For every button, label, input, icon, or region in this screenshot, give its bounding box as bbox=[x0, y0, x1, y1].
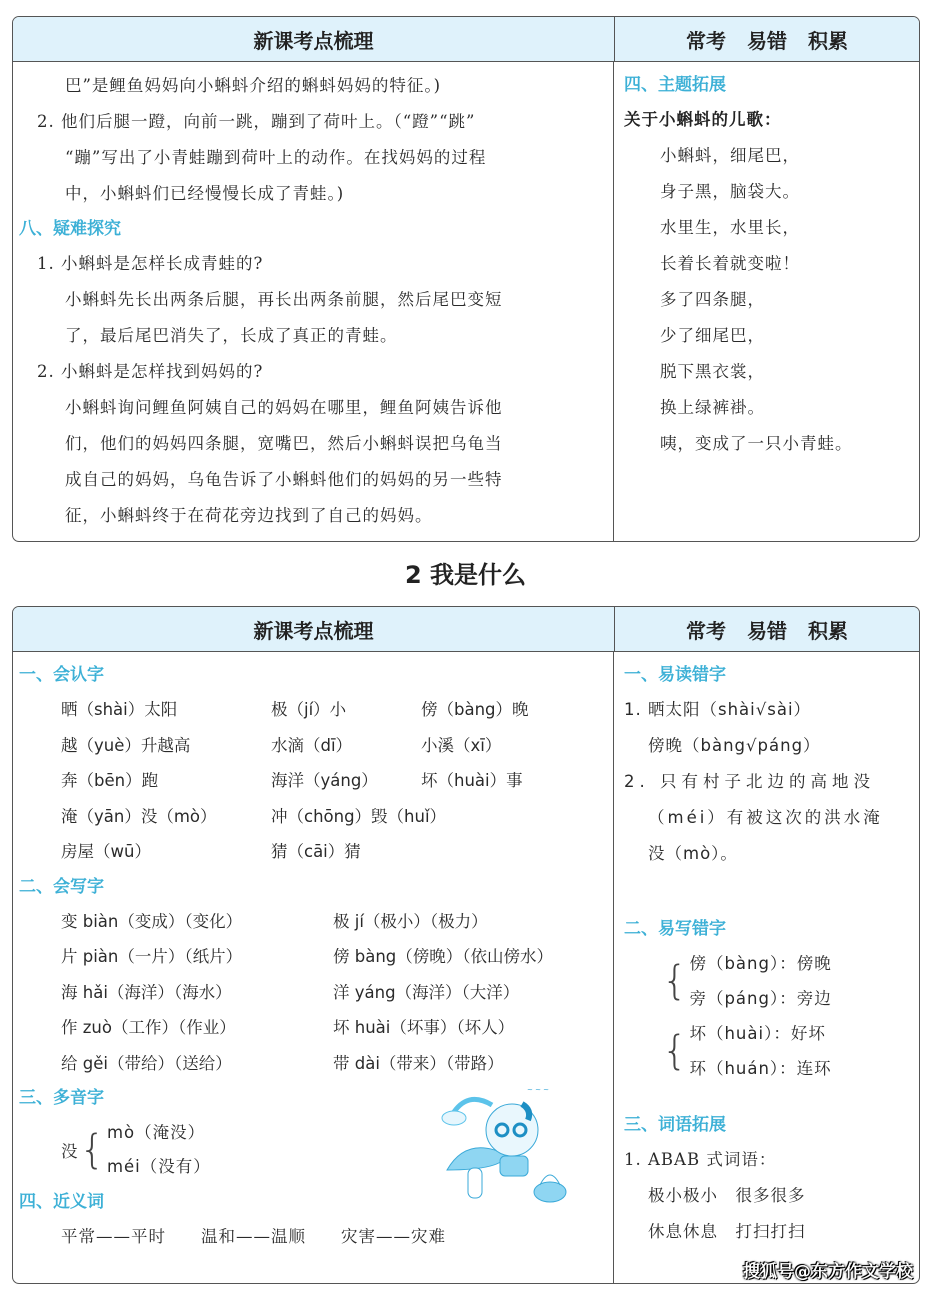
text-line: 中，小蝌蚪们已经慢慢长成了青蛙。) bbox=[19, 176, 603, 212]
section-title: 四、主题拓展 bbox=[624, 68, 911, 102]
char-item bbox=[421, 799, 591, 835]
reading: mò（淹没） bbox=[107, 1116, 211, 1150]
text-line: 旁（páng）：旁边 bbox=[689, 981, 831, 1016]
recognize-chars-grid: 晒（shài）太阳 极（jí）小 傍（bàng）晚 越（yuè）升越高 水滴（d… bbox=[19, 692, 603, 870]
brace-icon: { bbox=[662, 1021, 687, 1081]
answer-line: 征，小蝌蚪终于在荷花旁边找到了自己的妈妈。 bbox=[19, 498, 603, 534]
char-item: 傍（bàng）晚 bbox=[421, 692, 591, 728]
text-line: 巴”是鲤鱼妈妈向小蝌蚪介绍的蝌蚪妈妈的特征。) bbox=[19, 68, 603, 104]
char-item: 奔（bēn）跑 bbox=[61, 763, 271, 799]
song-line: 长着长着就变啦！ bbox=[624, 246, 911, 282]
synonyms-line: 平常——平时 温和——温顺 灾害——灾难 bbox=[19, 1219, 603, 1255]
char-item: 水滴（dī） bbox=[271, 728, 421, 764]
char-item bbox=[421, 834, 591, 870]
char-item: 片 piàn（一片）（纸片） bbox=[61, 939, 333, 975]
answer-line: 小蝌蚪询问鲤鱼阿姨自己的妈妈在哪里，鲤鱼阿姨告诉他 bbox=[19, 390, 603, 426]
answer-line: 成自己的妈妈，乌龟告诉了小蝌蚪他们的妈妈的另一些特 bbox=[19, 462, 603, 498]
char-item: 晒（shài）太阳 bbox=[61, 692, 271, 728]
bottom-right-column: 一、易读错字 1. 晒太阳（shài√sài） 傍晚（bàng√páng） 2.… bbox=[614, 652, 919, 1284]
char-item: 房屋（wū） bbox=[61, 834, 271, 870]
text-line: 坏（huài）：好坏 bbox=[689, 1016, 831, 1051]
section-title: 三、词语拓展 bbox=[624, 1108, 911, 1142]
brace-icon: { bbox=[80, 1120, 105, 1180]
confusable-group: { 傍（bàng）：傍晚 旁（páng）：旁边 bbox=[624, 946, 911, 1016]
header-left: 新课考点梳理 bbox=[13, 17, 615, 61]
text-line: 没（mò）。 bbox=[624, 836, 911, 872]
text-line: 休息休息 打扫打扫 bbox=[624, 1214, 911, 1250]
char-item: 淹（yān）没（mò） bbox=[61, 799, 271, 835]
table-header: 新课考点梳理 常考 易错 积累 bbox=[13, 607, 919, 652]
char-item: 坏（huài）事 bbox=[421, 763, 591, 799]
write-chars-grid: 变 biàn（变成）（变化） 极 jí（极小）（极力） 片 piàn（一片）（纸… bbox=[19, 904, 603, 1082]
char-item: 越（yuè）升越高 bbox=[61, 728, 271, 764]
answer-line: 了，最后尾巴消失了，长成了真正的青蛙。 bbox=[19, 318, 603, 354]
text-line: 1. ABAB 式词语： bbox=[624, 1142, 911, 1178]
song-line: 身子黑，脑袋大。 bbox=[624, 174, 911, 210]
text-line: 傍（bàng）：傍晚 bbox=[689, 946, 831, 981]
header-left: 新课考点梳理 bbox=[13, 607, 615, 651]
song-line: 脱下黑衣裳， bbox=[624, 354, 911, 390]
text-line: “蹦”写出了小青蛙蹦到荷叶上的动作。在找妈妈的过程 bbox=[19, 140, 603, 176]
text-line: 2. 他们后腿一蹬，向前一跳，蹦到了荷叶上。（“蹬”“跳” bbox=[19, 104, 603, 140]
text-line: 极小极小 很多很多 bbox=[624, 1178, 911, 1214]
reading: méi（没有） bbox=[107, 1150, 211, 1184]
top-left-column: 巴”是鲤鱼妈妈向小蝌蚪介绍的蝌蚪妈妈的特征。) 2. 他们后腿一蹬，向前一跳，蹦… bbox=[13, 62, 614, 542]
char-item: 极 jí（极小）（极力） bbox=[333, 904, 613, 940]
text-line: （méi）有被这次的洪水淹 bbox=[624, 800, 911, 836]
question: 2. 小蝌蚪是怎样找到妈妈的? bbox=[19, 354, 603, 390]
text-line: 傍晚（bàng√páng） bbox=[624, 728, 911, 764]
char-item: 坏 huài（坏事）（坏人） bbox=[333, 1010, 613, 1046]
char-item: 海洋（yáng） bbox=[271, 763, 421, 799]
section-title: 二、会写字 bbox=[19, 870, 603, 904]
table-header: 新课考点梳理 常考 易错 积累 bbox=[13, 17, 919, 62]
answer-line: 们，他们的妈妈四条腿，宽嘴巴，然后小蝌蚪误把乌龟当 bbox=[19, 426, 603, 462]
char-item: 冲（chōng）毁（huǐ） bbox=[271, 799, 421, 835]
section-title: 一、易读错字 bbox=[624, 658, 911, 692]
top-right-column: 四、主题拓展 关于小蝌蚪的儿歌： 小蝌蚪，细尾巴， 身子黑，脑袋大。 水里生，水… bbox=[614, 62, 919, 542]
text-line: 环（huán）：连环 bbox=[689, 1051, 831, 1086]
char-item: 小溪（xī） bbox=[421, 728, 591, 764]
section-title: 八、疑难探究 bbox=[19, 212, 603, 246]
char-item: 洋 yáng（海洋）（大洋） bbox=[333, 975, 613, 1011]
char-item: 带 dài（带来）（带路） bbox=[333, 1046, 613, 1082]
char-item: 变 biàn（变成）（变化） bbox=[61, 904, 333, 940]
song-title: 关于小蝌蚪的儿歌： bbox=[624, 102, 911, 138]
section-title: 二、易写错字 bbox=[624, 912, 911, 946]
char-item: 作 zuò（工作）（作业） bbox=[61, 1010, 333, 1046]
song-line: 小蝌蚪，细尾巴， bbox=[624, 138, 911, 174]
text-line: 1. 晒太阳（shài√sài） bbox=[624, 692, 911, 728]
text-line: 2. 只有村子北边的高地没 bbox=[624, 764, 911, 800]
song-line: 多了四条腿， bbox=[624, 282, 911, 318]
char-item: 给 gěi（带给）（送给） bbox=[61, 1046, 333, 1082]
lesson-title: 2 我是什么 bbox=[0, 555, 931, 590]
polyphone-char: 没 bbox=[61, 1138, 78, 1162]
char-item: 海 hǎi（海洋）（海水） bbox=[61, 975, 333, 1011]
char-item: 猜（cāi）猜 bbox=[271, 834, 421, 870]
header-right: 常考 易错 积累 bbox=[615, 607, 919, 651]
header-right: 常考 易错 积累 bbox=[615, 17, 919, 61]
question: 1. 小蝌蚪是怎样长成青蛙的? bbox=[19, 246, 603, 282]
section-title: 一、会认字 bbox=[19, 658, 603, 692]
char-item: 极（jí）小 bbox=[271, 692, 421, 728]
brace-icon: { bbox=[662, 951, 687, 1011]
song-line: 换上绿裤褂。 bbox=[624, 390, 911, 426]
song-line: 咦，变成了一只小青蛙。 bbox=[624, 426, 911, 462]
answer-line: 小蝌蚪先长出两条后腿，再长出两条前腿，然后尾巴变短 bbox=[19, 282, 603, 318]
top-table: 新课考点梳理 常考 易错 积累 巴”是鲤鱼妈妈向小蝌蚪介绍的蝌蚪妈妈的特征。) … bbox=[12, 16, 920, 542]
char-item: 傍 bàng（傍晚）（依山傍水） bbox=[333, 939, 613, 975]
song-line: 少了细尾巴， bbox=[624, 318, 911, 354]
watermark: 搜狐号@东方作文学校 bbox=[743, 1257, 913, 1282]
song-line: 水里生，水里长， bbox=[624, 210, 911, 246]
svg-text:~ ~ ~: ~ ~ ~ bbox=[527, 1086, 549, 1094]
mascot-illustration: ~ ~ ~ bbox=[432, 1080, 577, 1210]
confusable-group: { 坏（huài）：好坏 环（huán）：连环 bbox=[624, 1016, 911, 1086]
